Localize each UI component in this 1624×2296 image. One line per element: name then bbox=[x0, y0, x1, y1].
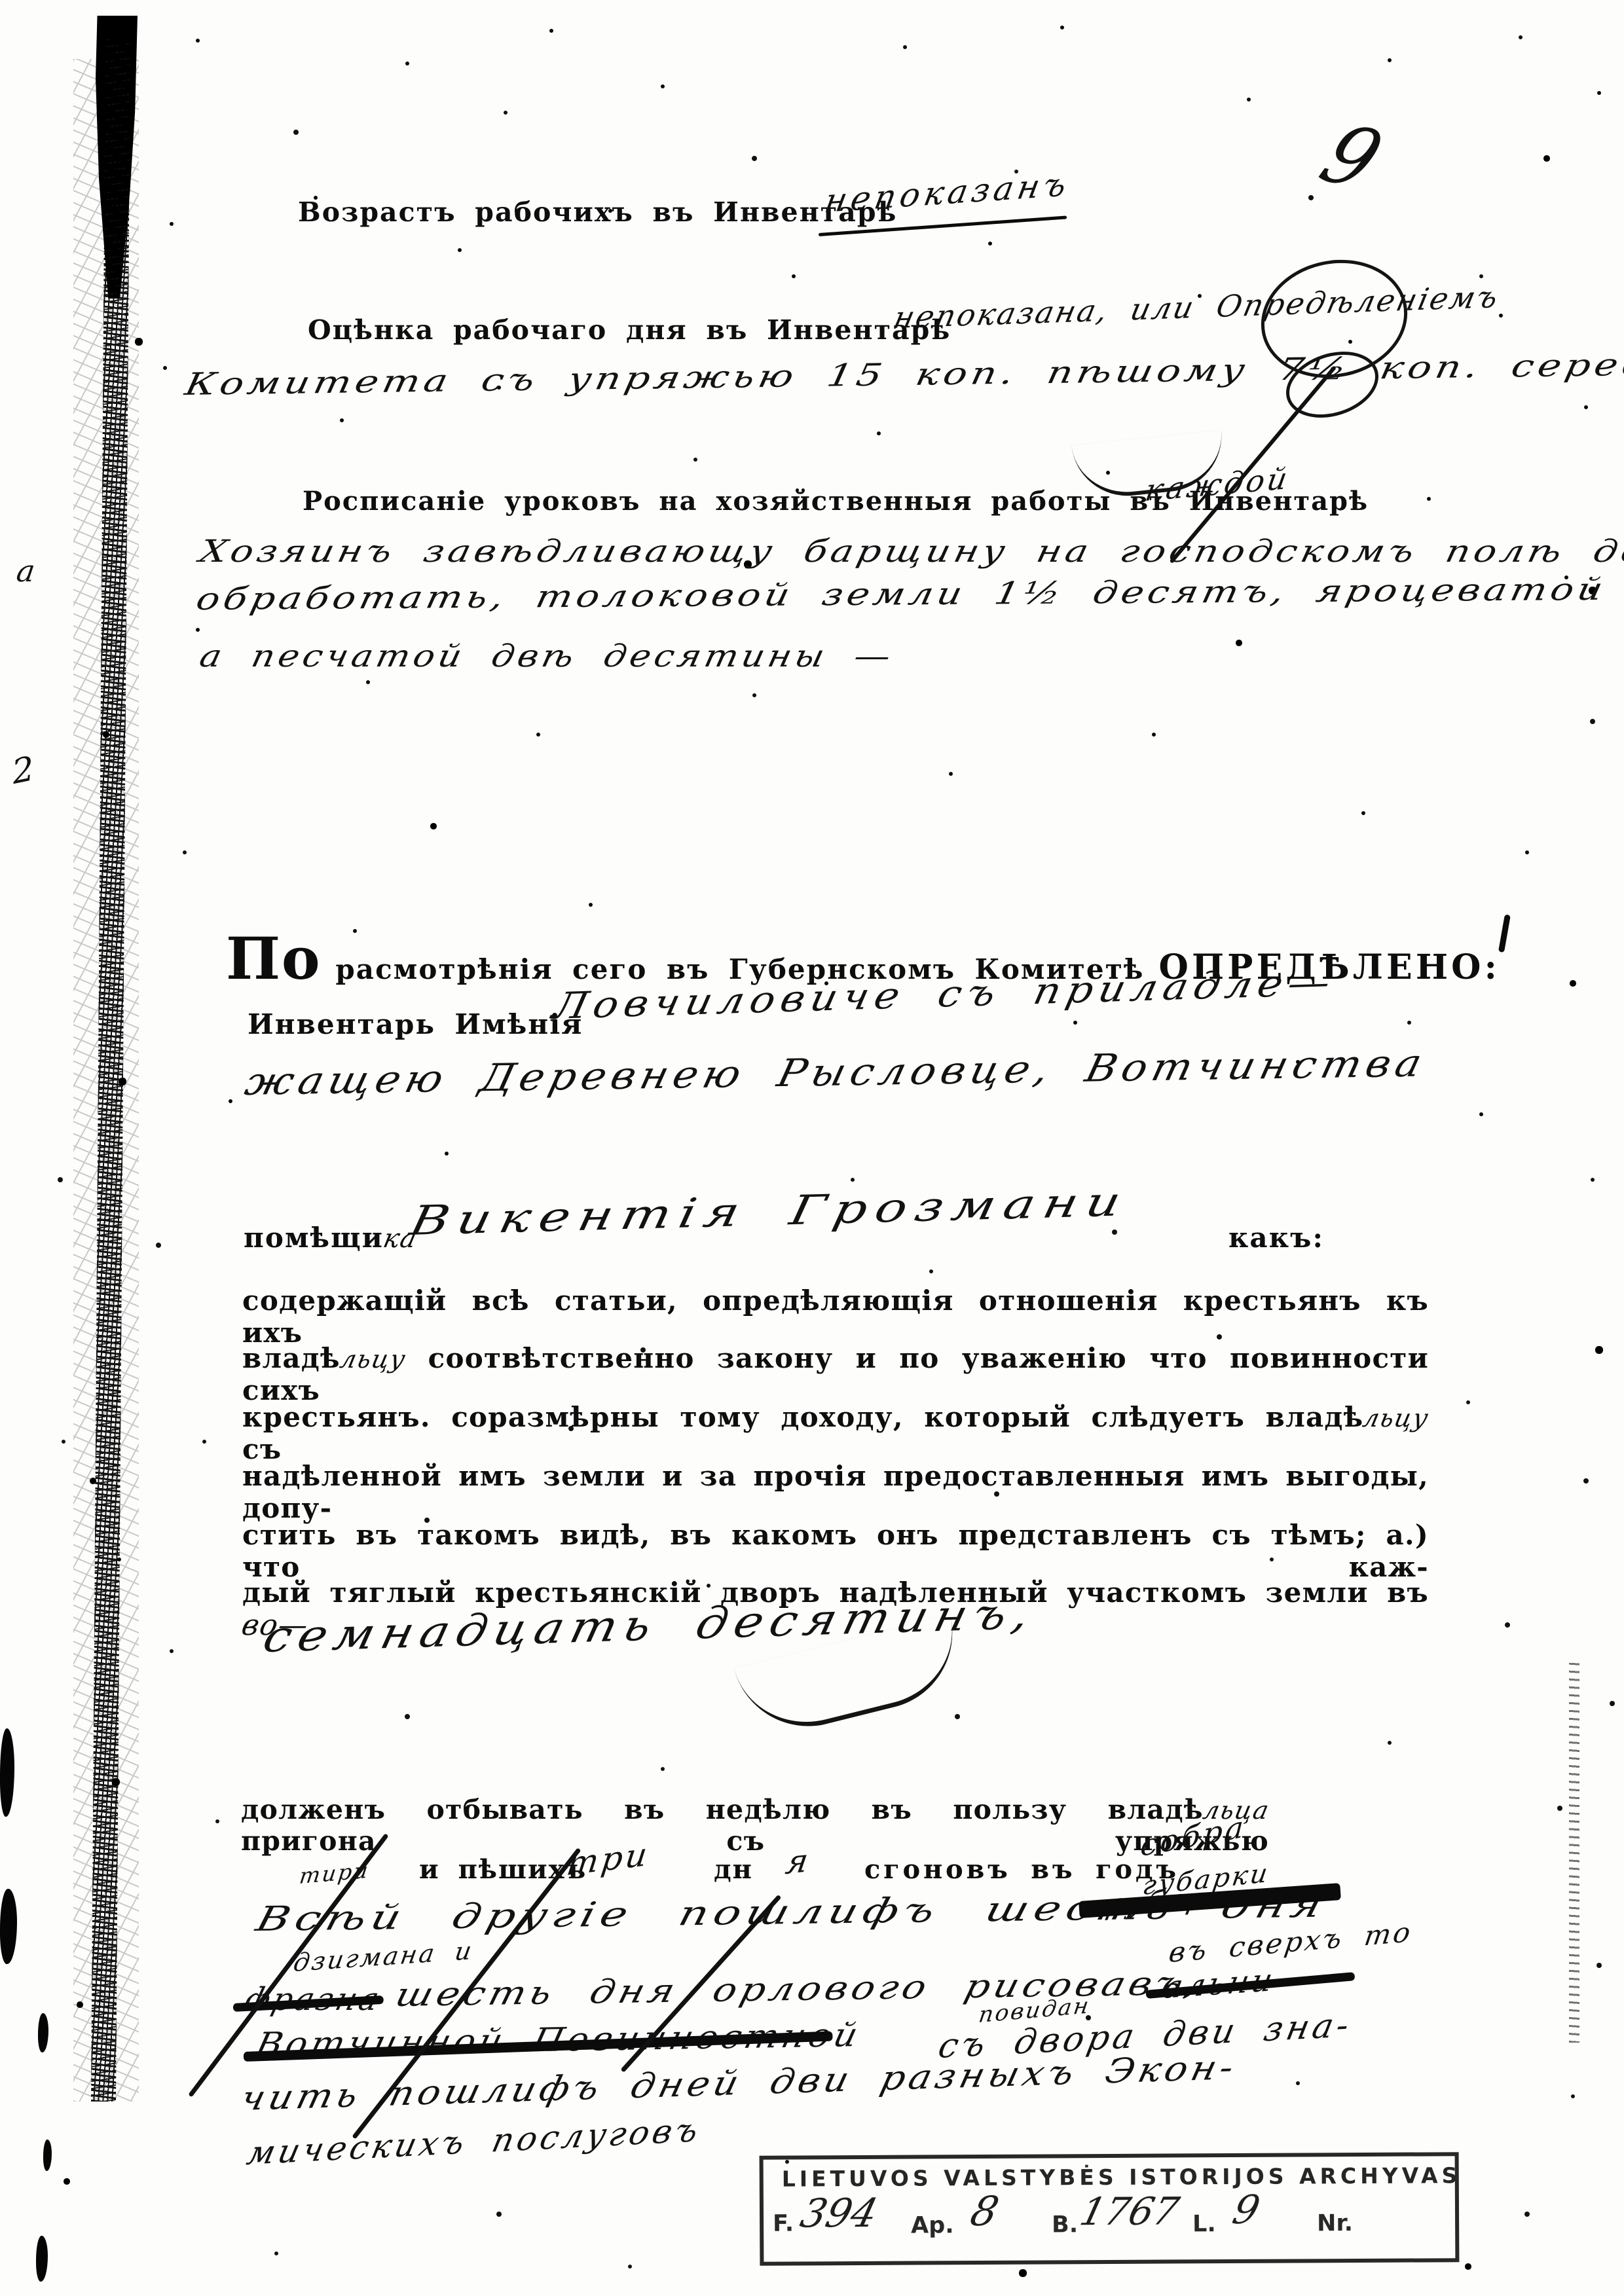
archive-stamp: LIETUVOS VALSTYBĖS ISTORIJOS ARCHYVAS F.… bbox=[760, 2152, 1460, 2266]
duty-printed-b: пригона съ упряжью bbox=[241, 1825, 1269, 1857]
edit-line-2-left: дзигмана и bbox=[291, 1936, 475, 1977]
stamp-ap-label: Ap. bbox=[911, 2212, 954, 2238]
owner-name-handwritten: Викентія Грозмани bbox=[406, 1177, 1134, 1245]
stamp-l-label: L. bbox=[1192, 2211, 1216, 2237]
stamp-l-value: 9 bbox=[1228, 2187, 1264, 2233]
body-line-3-hw-insert: льцу bbox=[1361, 1404, 1432, 1432]
body-line-1: содержащій всѣ статьи, опредѣляющія отно… bbox=[242, 1285, 1429, 1349]
estate-village-handwritten: жащею Деревнею Рысловце, Вотчинства bbox=[241, 1041, 1431, 1104]
resolution-initial: По bbox=[226, 924, 321, 993]
schedule-handwritten-1: Хозяинъ завѣдливающу барщину на господск… bbox=[196, 534, 1624, 570]
stamp-fond-label: F. bbox=[773, 2211, 794, 2237]
days-printed-2: дн bbox=[714, 1854, 753, 1885]
owner-tail: какъ: bbox=[1228, 1222, 1324, 1254]
archive-stamp-title: LIETUVOS VALSTYBĖS ISTORIJOS ARCHYVAS bbox=[782, 2162, 1462, 2191]
age-heading: Возрастъ рабочихъ въ Инвентарѣ bbox=[298, 196, 897, 228]
stamp-ap-value: 8 bbox=[966, 2187, 1003, 2235]
edit-line-6: мическихъ послуговъ bbox=[244, 2111, 705, 2172]
age-handwritten-note: непоказанъ bbox=[822, 165, 1073, 220]
valuation-handwritten-1: непоказана, или Опредѣленіемъ bbox=[891, 279, 1503, 335]
duty-printed-a: долженъ отбывать въ недѣлю въ пользу вла… bbox=[241, 1794, 1204, 1825]
owner-label: помѣщика bbox=[244, 1222, 417, 1254]
valuation-heading: Оцѣнка рабочаго дня въ Инвентарѣ bbox=[308, 314, 951, 346]
owner-label-printed: помѣщи bbox=[244, 1222, 384, 1254]
ink-blot bbox=[0, 1728, 14, 1817]
scan-blotches bbox=[0, 0, 3, 3]
margin-mark-s: 2 bbox=[10, 749, 39, 792]
ink-blot bbox=[36, 2236, 48, 2282]
body-line-2-printed-b: соотвѣтственно закону и по уваженію что … bbox=[242, 1342, 1429, 1406]
ink-blot bbox=[43, 2140, 52, 2171]
body-line-3-printed-a: крестьянъ. соразмѣрны тому доходу, котор… bbox=[242, 1401, 1363, 1433]
body-line-4: надѣленной имъ земли и за прочія предост… bbox=[242, 1460, 1429, 1524]
stamp-b-value: 1767 bbox=[1076, 2189, 1183, 2234]
binding-edge-halo bbox=[73, 59, 139, 2102]
body-line-2: владѣльцу соотвѣтственно закону и по ува… bbox=[242, 1342, 1429, 1406]
body-line-3: крестьянъ. соразмѣрны тому доходу, котор… bbox=[242, 1401, 1429, 1465]
days-printed-3: сгоновъ въ годъ bbox=[864, 1854, 1179, 1885]
ink-blot bbox=[0, 1889, 17, 1964]
margin-mark-a: а bbox=[14, 553, 40, 589]
stamp-nr-label: Nr. bbox=[1317, 2210, 1353, 2236]
right-edge-noise bbox=[1569, 1663, 1579, 2043]
page-number: 9 bbox=[1306, 107, 1401, 210]
schedule-handwritten-2: обработать, толоковой земли 1½ десятъ, я… bbox=[193, 570, 1624, 617]
body-line-5: стить въ такомъ видѣ, въ какомъ онъ пред… bbox=[242, 1519, 1429, 1583]
valuation-handwritten-2: Комитета съ упряжью 15 коп. пѣшому 7½ ко… bbox=[182, 346, 1624, 403]
scanned-archive-page: { "page": { "number": "9" }, "margin": {… bbox=[0, 0, 1624, 2296]
schedule-handwritten-3: а песчатой двѣ десятины — bbox=[196, 638, 897, 674]
estate-label: Инвентарь Имѣнія bbox=[248, 1008, 583, 1040]
stamp-fond-value: 394 bbox=[796, 2191, 882, 2237]
body-line-2-hw-insert: льцу bbox=[337, 1345, 409, 1374]
stamp-b-label: B. bbox=[1052, 2212, 1078, 2238]
duty-line: долженъ отбывать въ недѣлю въ пользу вла… bbox=[241, 1794, 1269, 1857]
ink-blot bbox=[38, 2013, 48, 2052]
days-hw-2: я bbox=[783, 1841, 813, 1882]
body-line-2-printed-a: владѣ bbox=[242, 1342, 341, 1374]
